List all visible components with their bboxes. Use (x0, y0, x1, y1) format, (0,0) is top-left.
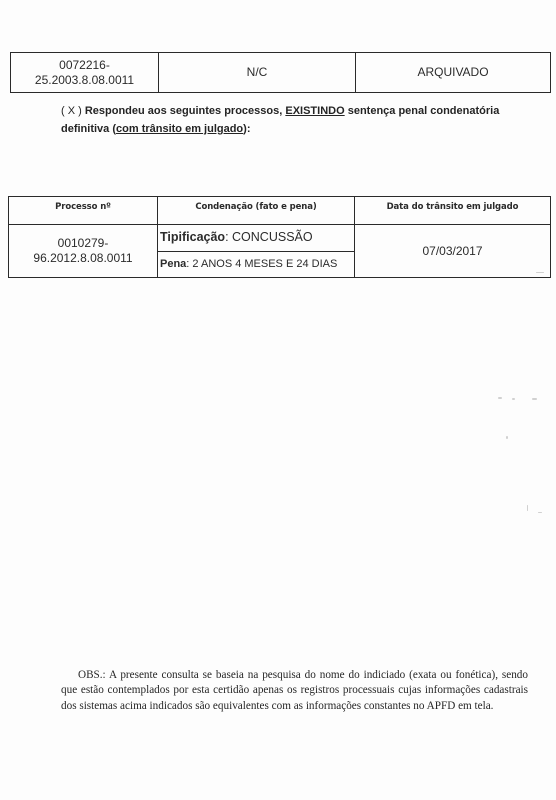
table-row: 0010279- 96.2012.8.08.0011 Tipificação: … (9, 225, 550, 277)
process-number-cell: 0072216- 25.2003.8.08.0011 (11, 53, 158, 92)
document-page: 0072216- 25.2003.8.08.0011 N/C ARQUIVADO… (0, 0, 556, 800)
scan-artifact (512, 398, 515, 400)
conviction-statement: ( X ) Respondeu aos seguintes processos,… (61, 102, 531, 138)
transit-date-cell: 07/03/2017 (354, 225, 550, 277)
pena-value: : 2 ANOS 4 MESES E 24 DIAS (186, 257, 337, 272)
condemnation-table-header: Processo nº Condenação (fato e pena) Dat… (9, 197, 550, 225)
scan-artifact (532, 398, 537, 400)
condemnation-process-number: 0010279- 96.2012.8.08.0011 (9, 225, 157, 277)
checkbox-mark: ( X ) (61, 105, 82, 117)
scan-artifact (538, 512, 542, 513)
scan-artifact (506, 436, 508, 439)
observation-paragraph: OBS.: A presente consulta se baseia na p… (61, 668, 528, 714)
pena-row: Pena: 2 ANOS 4 MESES E 24 DIAS (158, 251, 354, 278)
tipificacao-label: Tipificação (160, 230, 225, 245)
statement-text-before: Respondeu aos seguintes processos, (85, 105, 286, 117)
tipificacao-value: : CONCUSSÃO (225, 230, 313, 245)
process-status-cell: ARQUIVADO (355, 53, 550, 92)
statement-emphasis: EXISTINDO (285, 105, 344, 117)
header-processo: Processo nº (9, 197, 157, 224)
process-number-line2: 25.2003.8.08.0011 (35, 73, 134, 88)
scan-artifact (527, 505, 528, 511)
process-info-cell: N/C (158, 53, 355, 92)
condemnation-table: Processo nº Condenação (fato e pena) Dat… (8, 196, 551, 278)
statement-underlined: com trânsito em julgado (116, 123, 243, 135)
header-condenacao: Condenação (fato e pena) (157, 197, 354, 224)
pena-label: Pena (160, 257, 186, 272)
header-data-transito: Data do trânsito em julgado (354, 197, 550, 224)
process-number-line1: 0072216- (35, 58, 134, 73)
scan-artifact (498, 397, 502, 399)
previous-processes-table: 0072216- 25.2003.8.08.0011 N/C ARQUIVADO (10, 52, 551, 93)
scan-artifact (536, 272, 544, 273)
condemnation-process-line1: 0010279- (33, 236, 132, 251)
tipificacao-row: Tipificação: CONCUSSÃO (158, 225, 354, 251)
statement-text-after: ): (243, 123, 250, 135)
condemnation-details: Tipificação: CONCUSSÃO Pena: 2 ANOS 4 ME… (157, 225, 354, 277)
condemnation-process-line2: 96.2012.8.08.0011 (33, 251, 132, 266)
